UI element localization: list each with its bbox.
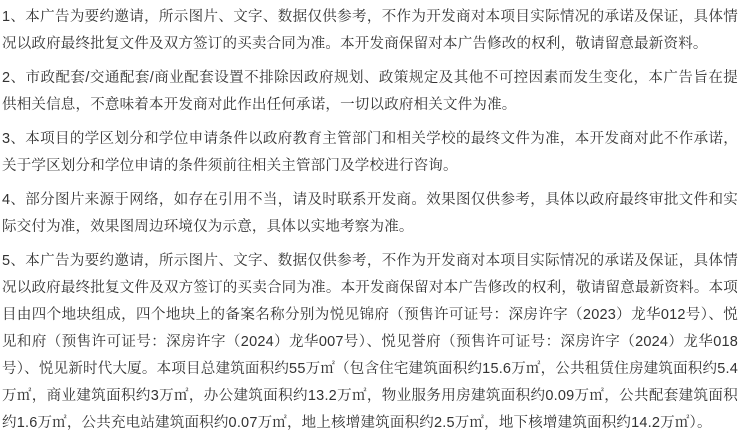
disclaimer-paragraph-2: 2、市政配套/交通配套/商业配套设置不排除因政府规划、政策规定及其他不可控因素而… bbox=[2, 65, 738, 119]
disclaimer-paragraph-1: 1、本广告为要约邀请，所示图片、文字、数据仅供参考，不作为开发商对本项目实际情况… bbox=[2, 4, 738, 58]
disclaimer-paragraph-4: 4、部分图片来源于网络，如存在引用不当，请及时联系开发商。效果图仅供参考，具体以… bbox=[2, 187, 738, 241]
disclaimer-paragraph-3: 3、本项目的学区划分和学位申请条件以政府教育主管部门和相关学校的最终文件为准，本… bbox=[2, 126, 738, 180]
disclaimer-paragraph-5: 5、本广告为要约邀请，所示图片、文字、数据仅供参考，不作为开发商对本项目实际情况… bbox=[2, 248, 738, 432]
disclaimer-document: 1、本广告为要约邀请，所示图片、文字、数据仅供参考，不作为开发商对本项目实际情况… bbox=[0, 0, 740, 432]
